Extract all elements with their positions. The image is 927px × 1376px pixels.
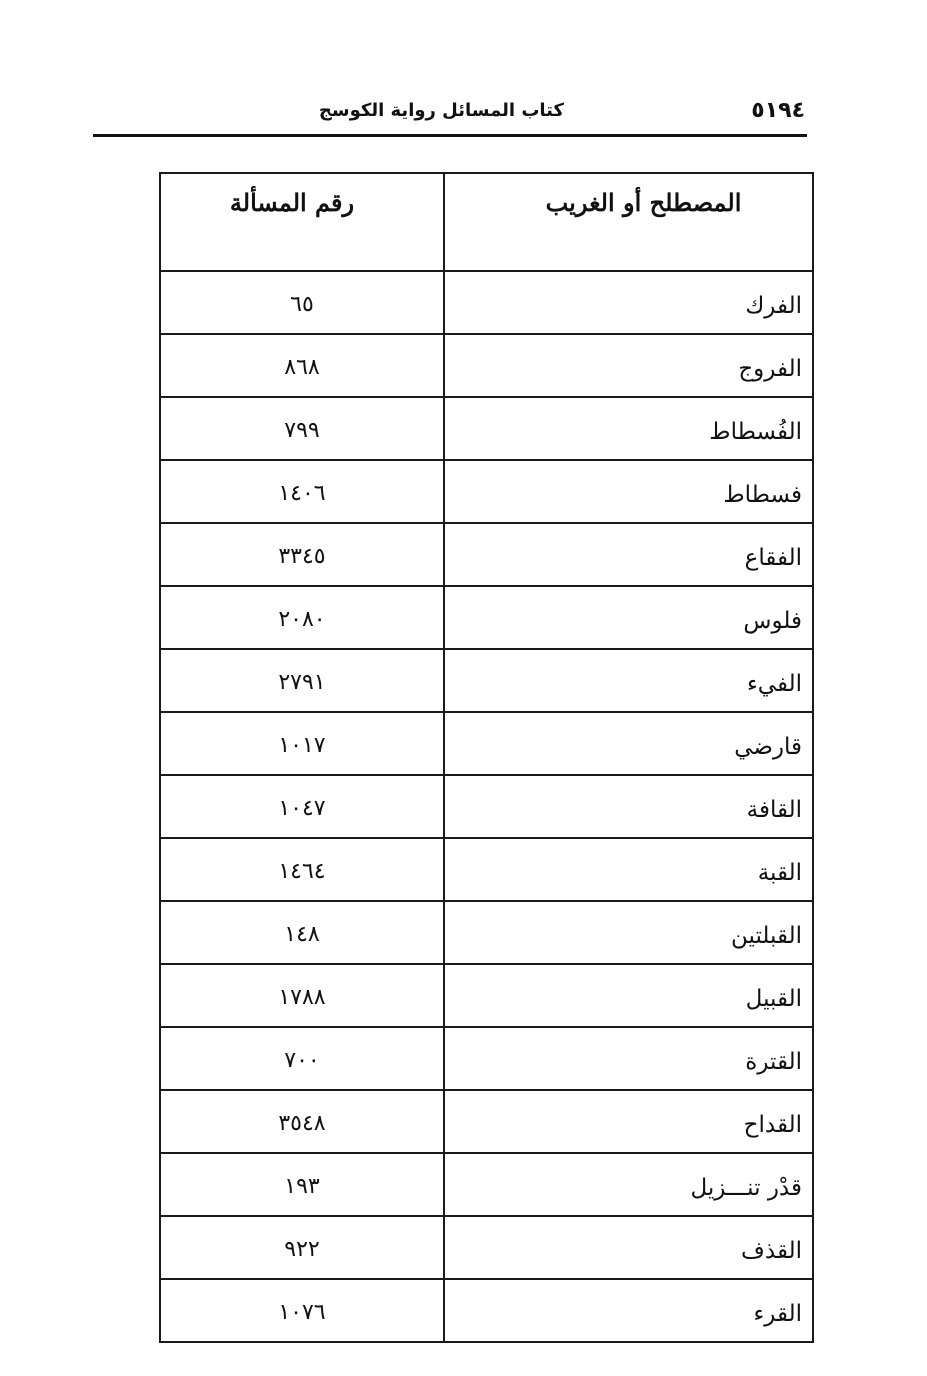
table-row: القترة ٧٠٠ — [160, 1027, 813, 1090]
table-row: القرء ١٠٧٦ — [160, 1279, 813, 1342]
issue-number-cell: ١٧٨٨ — [160, 964, 444, 1027]
table-row: القبلتين ١٤٨ — [160, 901, 813, 964]
table-row: فلوس ٢٠٨٠ — [160, 586, 813, 649]
table-header-row: المصطلح أو الغريب رقم المسألة — [160, 173, 813, 271]
issue-number-cell: ٨٦٨ — [160, 334, 444, 397]
table-row: القبيل ١٧٨٨ — [160, 964, 813, 1027]
table-row: قدْر تنـــزيل ١٩٣ — [160, 1153, 813, 1216]
term-cell: الفقاع — [444, 523, 813, 586]
table-row: الفروج ٨٦٨ — [160, 334, 813, 397]
column-header-issue-number: رقم المسألة — [160, 173, 444, 271]
issue-number-cell: ٩٢٢ — [160, 1216, 444, 1279]
issue-number-cell: ١٠١٧ — [160, 712, 444, 775]
table-row: الفرك ٦٥ — [160, 271, 813, 334]
issue-number-cell: ١٤٨ — [160, 901, 444, 964]
term-cell: القرء — [444, 1279, 813, 1342]
table-row: فسطاط ١٤٠٦ — [160, 460, 813, 523]
table-row: الفُسطاط ٧٩٩ — [160, 397, 813, 460]
table-row: القافة ١٠٤٧ — [160, 775, 813, 838]
table-row: القداح ٣٥٤٨ — [160, 1090, 813, 1153]
term-cell: القذف — [444, 1216, 813, 1279]
table-row: القبة ١٤٦٤ — [160, 838, 813, 901]
column-header-term: المصطلح أو الغريب — [444, 173, 813, 271]
term-cell: القبيل — [444, 964, 813, 1027]
term-cell: قارضي — [444, 712, 813, 775]
issue-number-cell: ١٠٤٧ — [160, 775, 444, 838]
terms-index-table: المصطلح أو الغريب رقم المسألة الفرك ٦٥ ا… — [159, 172, 814, 1343]
issue-number-cell: ٦٥ — [160, 271, 444, 334]
issue-number-cell: ١٩٣ — [160, 1153, 444, 1216]
term-cell: الفُسطاط — [444, 397, 813, 460]
page-header: ٥١٩٤ كتاب المسائل رواية الكوسج — [93, 92, 807, 136]
page-number: ٥١٩٤ — [751, 98, 805, 123]
term-cell: القافة — [444, 775, 813, 838]
table-row: الفقاع ٣٣٤٥ — [160, 523, 813, 586]
issue-number-cell: ٧٠٠ — [160, 1027, 444, 1090]
table-row: قارضي ١٠١٧ — [160, 712, 813, 775]
issue-number-cell: ٣٣٤٥ — [160, 523, 444, 586]
term-cell: قدْر تنـــزيل — [444, 1153, 813, 1216]
term-cell: فلوس — [444, 586, 813, 649]
issue-number-cell: ١٠٧٦ — [160, 1279, 444, 1342]
table-row: القذف ٩٢٢ — [160, 1216, 813, 1279]
running-title: كتاب المسائل رواية الكوسج — [319, 100, 564, 121]
term-cell: القبلتين — [444, 901, 813, 964]
table-row: الفيء ٢٧٩١ — [160, 649, 813, 712]
issue-number-cell: ١٤٦٤ — [160, 838, 444, 901]
term-cell: فسطاط — [444, 460, 813, 523]
issue-number-cell: ٢٧٩١ — [160, 649, 444, 712]
issue-number-cell: ٧٩٩ — [160, 397, 444, 460]
header-divider — [93, 134, 807, 137]
issue-number-cell: ٢٠٨٠ — [160, 586, 444, 649]
issue-number-cell: ١٤٠٦ — [160, 460, 444, 523]
issue-number-cell: ٣٥٤٨ — [160, 1090, 444, 1153]
term-cell: القترة — [444, 1027, 813, 1090]
term-cell: الفرك — [444, 271, 813, 334]
term-cell: القداح — [444, 1090, 813, 1153]
term-cell: الفيء — [444, 649, 813, 712]
term-cell: الفروج — [444, 334, 813, 397]
term-cell: القبة — [444, 838, 813, 901]
